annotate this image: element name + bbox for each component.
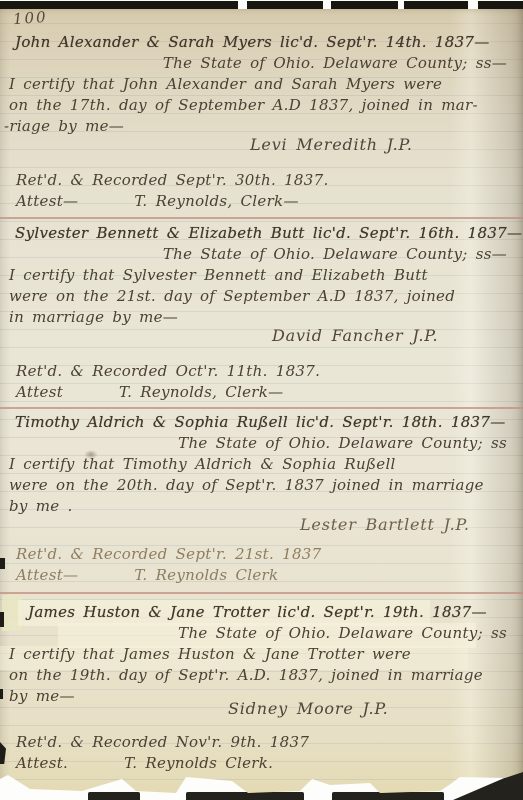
ledger-paper: 100 John Alexander & Sarah Myers lic'd. … bbox=[0, 6, 523, 800]
certify-line: were on the 20th. day of Sept'r. 1837 jo… bbox=[0, 475, 523, 496]
binding-gap bbox=[323, 1, 331, 9]
certify-line: I certify that James Huston & Jane Trott… bbox=[0, 644, 523, 665]
clerk-name: T. Reynolds, Clerk— bbox=[119, 382, 283, 403]
state-line: The State of Ohio. Delaware County; ss bbox=[0, 433, 523, 454]
certify-line: were on the 21st. day of September A.D 1… bbox=[0, 286, 523, 307]
attest-label: Attest. bbox=[16, 753, 68, 774]
marriage-record-entry: James Huston & Jane Trotter lic'd. Sept'… bbox=[0, 602, 523, 774]
certify-line: on the 17th. day of September A.D 1837, … bbox=[0, 95, 523, 116]
recorded-line: Ret'd. & Recorded Nov'r. 9th. 1837 bbox=[0, 732, 523, 753]
entry-heading: James Huston & Jane Trotter lic'd. Sept'… bbox=[0, 602, 523, 623]
binding-segment bbox=[88, 792, 140, 800]
page-number: 100 bbox=[12, 7, 48, 30]
clerk-name: T. Reynolds Clerk bbox=[134, 565, 278, 586]
certify-line: I certify that Timothy Aldrich & Sophia … bbox=[0, 454, 523, 475]
binding-segment bbox=[332, 792, 444, 800]
binding-edge-top bbox=[0, 1, 523, 9]
certify-line: I certify that John Alexander and Sarah … bbox=[0, 74, 523, 95]
attest-label: Attest bbox=[16, 382, 63, 403]
state-line: The State of Ohio. Delaware County; ss— bbox=[0, 53, 523, 74]
recorded-line: Ret'd. & Recorded Sept'r. 21st. 1837 bbox=[0, 544, 523, 565]
marriage-record-entry: Timothy Aldrich & Sophia Rußell lic'd. S… bbox=[0, 412, 523, 586]
justice-signature: David Fancher J.P. bbox=[0, 325, 523, 346]
state-line: The State of Ohio. Delaware County; ss bbox=[0, 623, 523, 644]
binding-segment bbox=[186, 792, 304, 800]
recorded-line: Ret'd. & Recorded Oct'r. 11th. 1837. bbox=[0, 361, 523, 382]
binding-gap bbox=[468, 1, 478, 9]
attest-line: Attest T. Reynolds, Clerk— bbox=[0, 382, 523, 403]
justice-signature: Lester Bartlett J.P. bbox=[0, 514, 523, 535]
clerk-name: T. Reynolds, Clerk— bbox=[134, 191, 298, 212]
attest-label: Attest— bbox=[16, 191, 78, 212]
binding-gap bbox=[398, 1, 404, 9]
attest-label: Attest— bbox=[16, 565, 78, 586]
entry-heading: Timothy Aldrich & Sophia Rußell lic'd. S… bbox=[0, 412, 523, 433]
justice-signature: Sidney Moore J.P. bbox=[0, 698, 523, 719]
entry-heading: John Alexander & Sarah Myers lic'd. Sept… bbox=[0, 32, 523, 53]
certify-line: on the 19th. day of Sept'r. A.D. 1837, j… bbox=[0, 665, 523, 686]
justice-signature: Levi Meredith J.P. bbox=[0, 134, 523, 155]
red-separator bbox=[0, 217, 523, 219]
red-separator bbox=[0, 592, 523, 594]
attest-line: Attest. T. Reynolds Clerk. bbox=[0, 753, 523, 774]
marriage-record-entry: John Alexander & Sarah Myers lic'd. Sept… bbox=[0, 32, 523, 212]
binding-gap bbox=[238, 1, 247, 9]
attest-line: Attest— T. Reynolds, Clerk— bbox=[0, 191, 523, 212]
entry-heading: Sylvester Bennett & Elizabeth Butt lic'd… bbox=[0, 223, 523, 244]
scanned-ledger-page: 100 John Alexander & Sarah Myers lic'd. … bbox=[0, 0, 523, 800]
attest-line: Attest— T. Reynolds Clerk bbox=[0, 565, 523, 586]
marriage-record-entry: Sylvester Bennett & Elizabeth Butt lic'd… bbox=[0, 223, 523, 403]
red-separator bbox=[0, 407, 523, 409]
state-line: The State of Ohio. Delaware County; ss— bbox=[0, 244, 523, 265]
clerk-name: T. Reynolds Clerk. bbox=[124, 753, 273, 774]
certify-line: I certify that Sylvester Bennett and Eli… bbox=[0, 265, 523, 286]
recorded-line: Ret'd. & Recorded Sept'r. 30th. 1837. bbox=[0, 170, 523, 191]
